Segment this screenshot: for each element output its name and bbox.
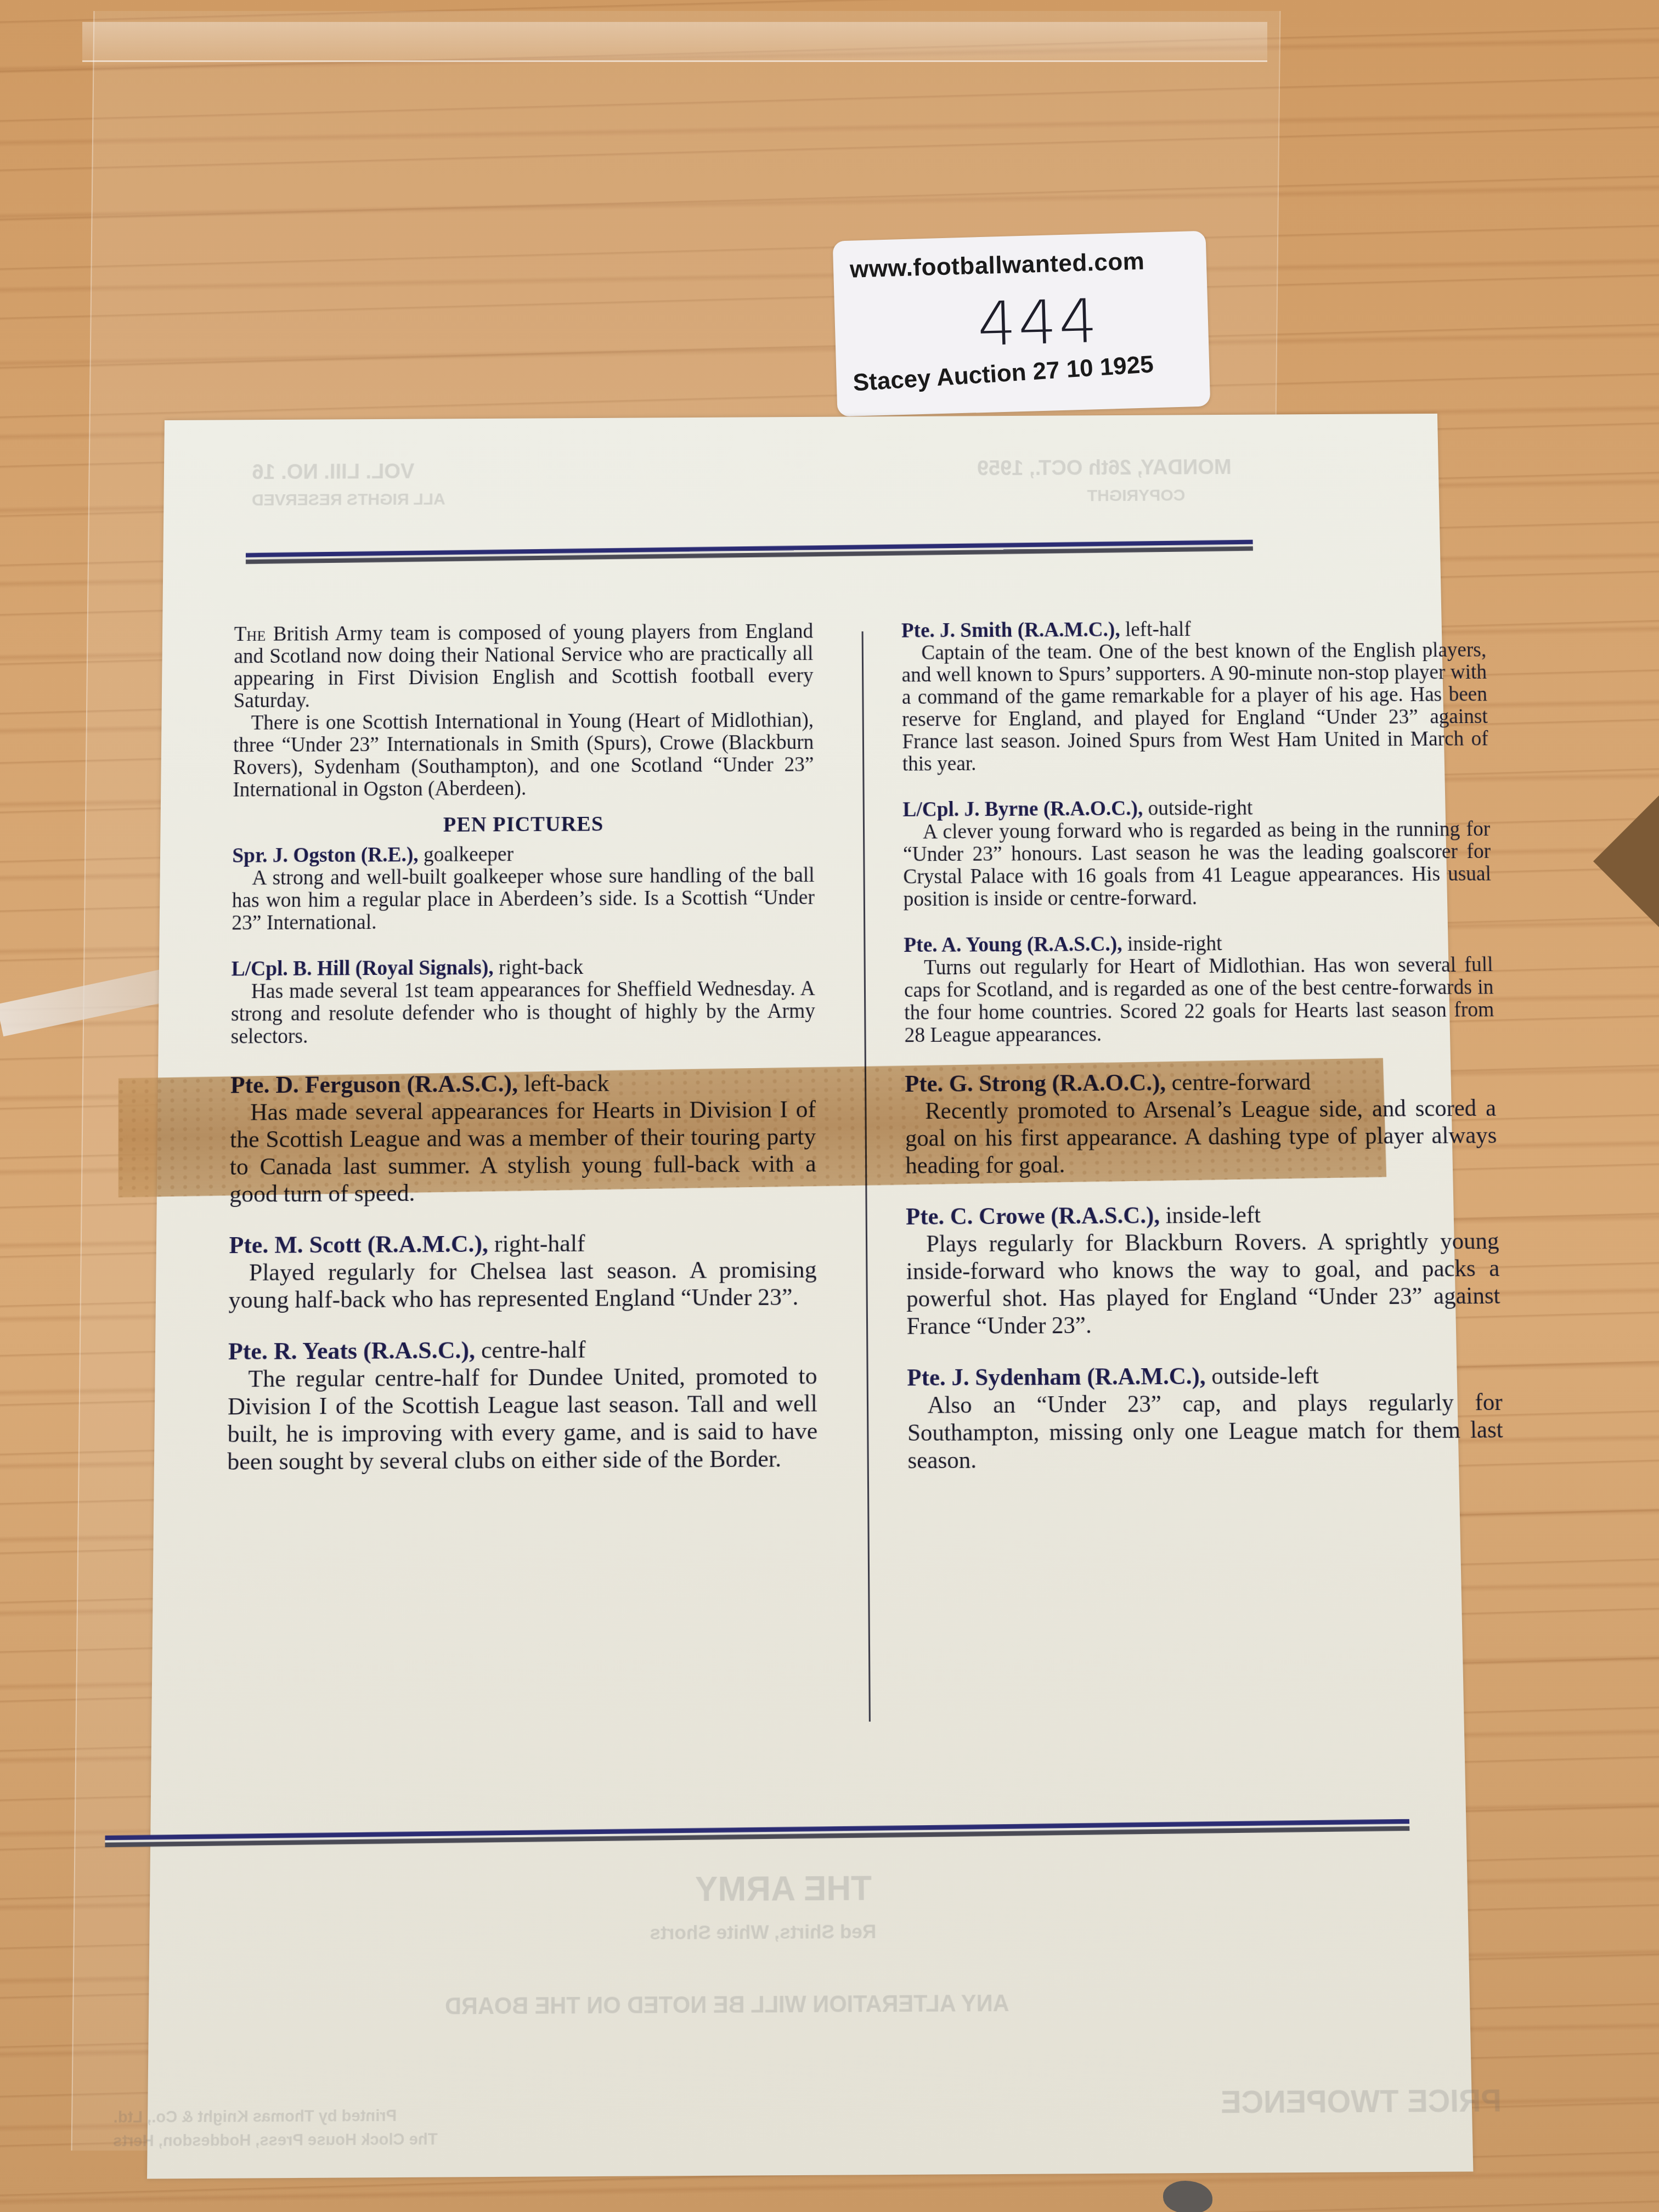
player-position: outside-right [1148, 797, 1252, 820]
player-pen-picture: Pte. J. Smith (R.A.M.C.), left-halfCapta… [901, 617, 1489, 776]
ghost-team: THE ARMY [695, 1867, 872, 1909]
bottom-rule [105, 1819, 1409, 1843]
player-heading: Pte. R. Yeats (R.A.S.C.), centre-half [228, 1335, 817, 1366]
player-position: outside-left [1211, 1363, 1319, 1390]
intro: The British Army team is composed of you… [233, 620, 814, 802]
player-bio: Captain of the team. One of the best kno… [901, 639, 1489, 776]
ghost-notice: ANY ALTERATION WILL BE NOTED ON THE BOAR… [445, 1990, 1009, 2020]
player-bio: Has made several 1st team appearances fo… [230, 978, 815, 1048]
ghost-copyright: COPYRIGHT [1087, 486, 1186, 505]
player-pen-picture: Pte. C. Crowe (R.A.S.C.), inside-leftPla… [906, 1200, 1501, 1340]
table-mark [1163, 2181, 1212, 2212]
player-heading: Pte. J. Sydenham (R.A.M.C.), outside-lef… [907, 1361, 1502, 1392]
player-name: Pte. J. Smith (R.A.M.C.), [901, 618, 1120, 642]
player-position: goalkeeper [424, 843, 513, 866]
player-name: L/Cpl. J. Byrne (R.A.O.C.), [902, 797, 1143, 821]
right-column: Pte. J. Smith (R.A.M.C.), left-halfCapta… [901, 617, 1504, 1499]
player-name: L/Cpl. B. Hill (Royal Signals), [232, 956, 494, 981]
player-name: Spr. J. Ogston (R.E.), [232, 843, 419, 867]
ghost-vol: VOL. LIII. NO. 16 [252, 460, 414, 485]
intro-paragraph-2: There is one Scottish International in Y… [233, 709, 814, 802]
ghost-price: PRICE TWOPENCE [1221, 2083, 1502, 2121]
ghost-date: MONDAY, 26th OCT., 1959 [977, 456, 1232, 481]
intro-lead-word: The [234, 623, 266, 646]
player-heading: L/Cpl. J. Byrne (R.A.O.C.), outside-righ… [902, 796, 1489, 821]
lot-number: 444 [977, 286, 1100, 359]
player-name: Pte. J. Sydenham (R.A.M.C.), [907, 1363, 1206, 1391]
player-name: Pte. R. Yeats (R.A.S.C.), [228, 1337, 475, 1365]
auction-lot-sticker: www.footballwanted.com 444 Stacey Auctio… [833, 231, 1211, 417]
player-position: right-back [499, 956, 583, 979]
player-pen-picture: Pte. M. Scott (R.A.M.C.), right-halfPlay… [228, 1229, 816, 1314]
intro-paragraph-1: The British Army team is composed of you… [234, 620, 814, 712]
player-pen-picture: L/Cpl. J. Byrne (R.A.O.C.), outside-righ… [902, 796, 1492, 911]
player-heading: Spr. J. Ogston (R.E.), goalkeeper [232, 842, 814, 867]
player-pen-picture: Pte. A. Young (R.A.S.C.), inside-rightTu… [904, 932, 1494, 1047]
player-bio: Played regularly for Chelsea last season… [228, 1256, 816, 1314]
player-position: inside-right [1127, 932, 1222, 956]
player-name: Pte. A. Young (R.A.S.C.), [904, 933, 1122, 957]
player-heading: Pte. C. Crowe (R.A.S.C.), inside-left [906, 1200, 1499, 1231]
player-bio: The regular centre-half for Dundee Unite… [227, 1363, 818, 1476]
player-name: Pte. C. Crowe (R.A.S.C.), [906, 1203, 1160, 1230]
player-pen-picture: Spr. J. Ogston (R.E.), goalkeeperA stron… [232, 842, 815, 935]
programme-page: VOL. LIII. NO. 16 ALL RIGHTS RESERVED MO… [147, 414, 1473, 2179]
ghost-printer-2: The Clock House Press, Hoddesdon, Herts [113, 2130, 438, 2151]
left-column: The British Army team is composed of you… [227, 620, 818, 1500]
player-position: centre-half [481, 1336, 585, 1364]
shadow-shape [1593, 795, 1659, 927]
sleeve-zip-seal [82, 22, 1267, 62]
player-pen-picture: L/Cpl. B. Hill (Royal Signals), right-ba… [230, 955, 815, 1048]
ghost-rights: ALL RIGHTS RESERVED [252, 490, 445, 510]
player-heading: Pte. J. Smith (R.A.M.C.), left-half [901, 617, 1486, 642]
ghost-kit: Red Shirts, White Shorts [650, 1921, 876, 1945]
old-brown-tape [119, 1058, 1387, 1198]
top-rule [246, 540, 1253, 560]
player-position: right-half [494, 1230, 585, 1257]
player-bio: Also an “Under 23” cap, and plays regula… [907, 1389, 1504, 1475]
player-bio: Turns out regularly for Heart of Midloth… [904, 954, 1494, 1047]
sticker-website: www.footballwanted.com [849, 248, 1145, 284]
ghost-printer-1: Printed by Thomas Knight & Co., Ltd. [114, 2106, 397, 2126]
player-position: inside-left [1165, 1202, 1261, 1229]
player-bio: A clever young forward who is regarded a… [903, 818, 1492, 911]
player-name: Pte. M. Scott (R.A.M.C.), [229, 1231, 488, 1259]
player-pen-picture: Pte. J. Sydenham (R.A.M.C.), outside-lef… [907, 1361, 1504, 1475]
player-bio: A strong and well-built goalkeeper whose… [232, 864, 815, 934]
section-heading: PEN PICTURES [233, 812, 815, 837]
player-pen-picture: Pte. R. Yeats (R.A.S.C.), centre-halfThe… [227, 1335, 818, 1476]
player-heading: Pte. M. Scott (R.A.M.C.), right-half [229, 1229, 816, 1260]
player-heading: Pte. A. Young (R.A.S.C.), inside-right [904, 932, 1493, 957]
player-heading: L/Cpl. B. Hill (Royal Signals), right-ba… [232, 955, 815, 981]
player-bio: Plays regularly for Blackburn Rovers. A … [906, 1228, 1501, 1341]
player-position: left-half [1125, 618, 1191, 641]
